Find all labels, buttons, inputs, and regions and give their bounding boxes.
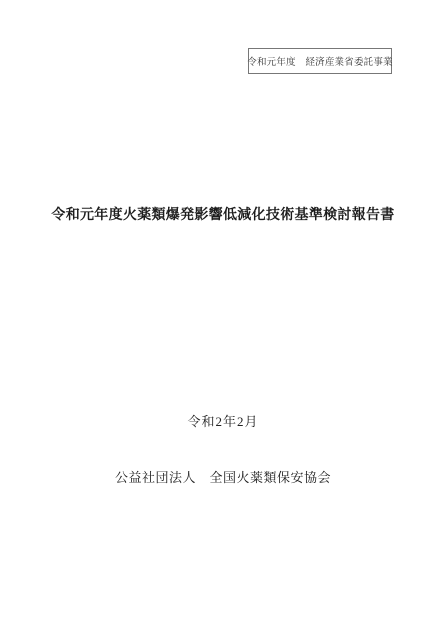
report-title: 令和元年度火薬類爆発影響低減化技術基準検討報告書: [0, 204, 446, 224]
report-cover-page: 令和元年度 経済産業省委託事業 令和元年度火薬類爆発影響低減化技術基準検討報告書…: [0, 0, 446, 630]
commission-label-box: 令和元年度 経済産業省委託事業: [248, 48, 392, 74]
report-date: 令和2年2月: [0, 411, 446, 430]
organization-name: 公益社団法人 全国火薬類保安協会: [0, 467, 446, 486]
commission-label: 令和元年度 経済産業省委託事業: [247, 54, 393, 68]
